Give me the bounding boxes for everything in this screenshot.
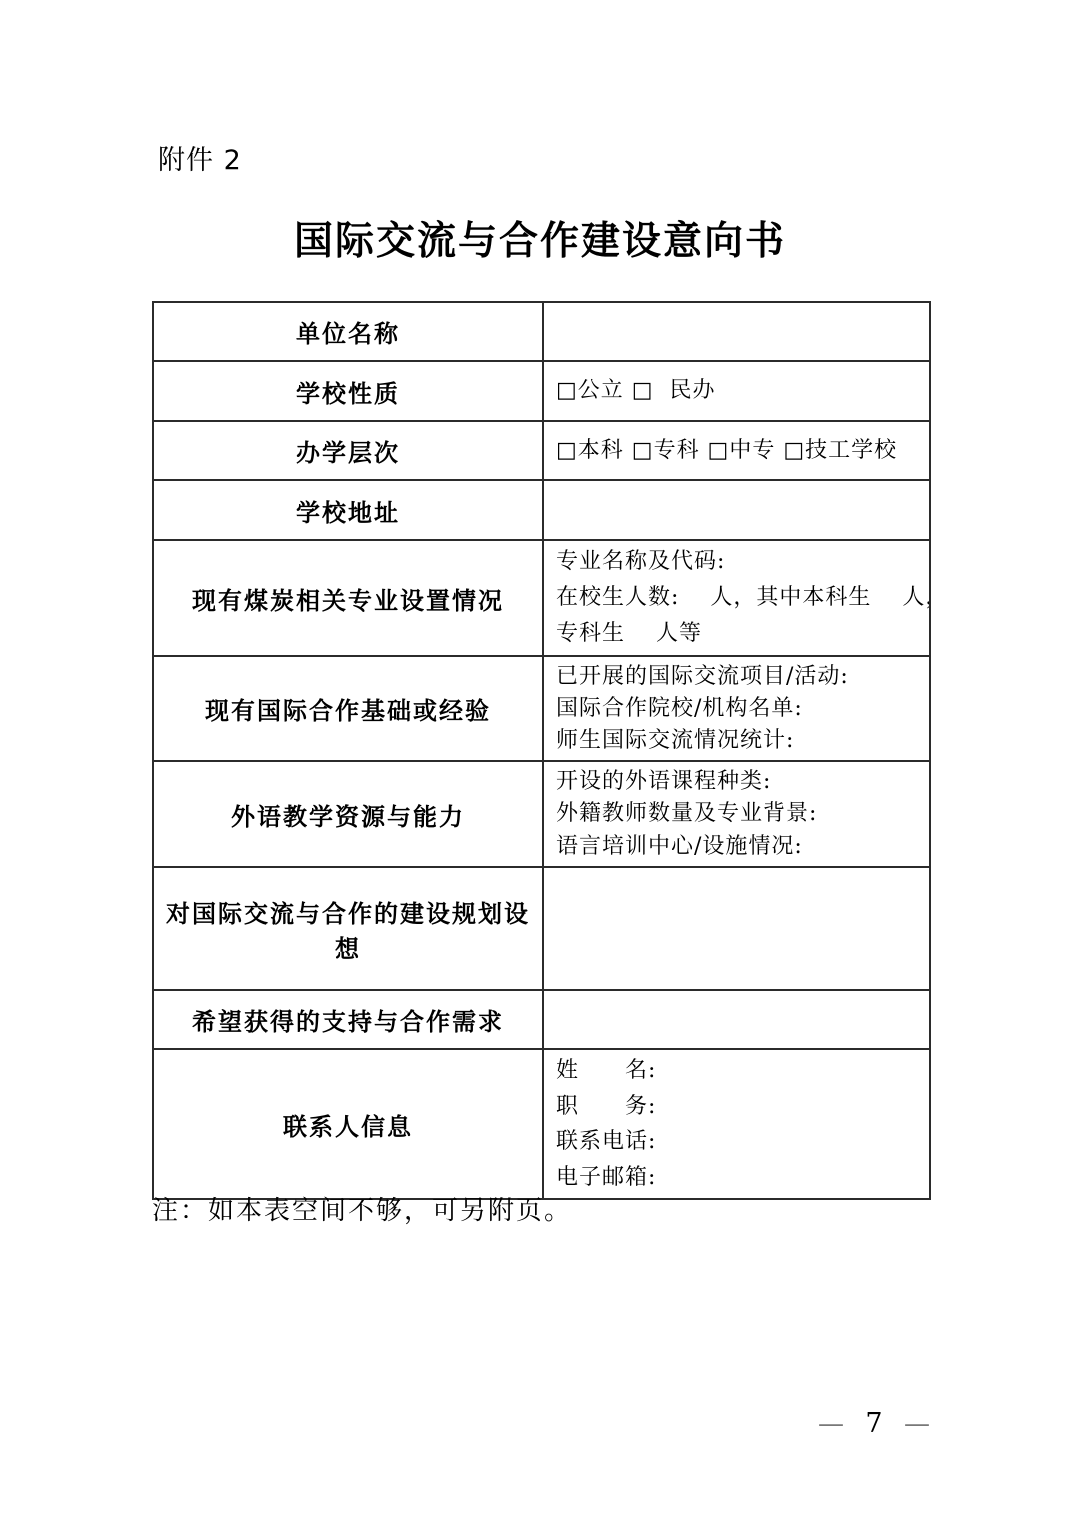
row-content: 开设的外语课程种类:外籍教师数量及专业背景:语言培训中心/设施情况: (543, 761, 930, 867)
attachment-label: 附件 2 (158, 138, 242, 177)
row-label: 学校性质 (153, 361, 543, 421)
footer-dash-left: — (818, 1411, 844, 1437)
row-content (543, 867, 930, 990)
row-label: 现有国际合作基础或经验 (153, 656, 543, 761)
content-line: 外籍教师数量及专业背景: (556, 802, 925, 825)
content-line: □公立 □ 民办 (556, 379, 925, 402)
content-line: 职 务: (556, 1095, 925, 1118)
row-label: 学校地址 (153, 480, 543, 540)
content-line: 开设的外语课程种类: (556, 770, 925, 793)
row-content: □公立 □ 民办 (543, 361, 930, 421)
row-content (543, 302, 930, 361)
table-row: 现有煤炭相关专业设置情况专业名称及代码:在校生人数: 人，其中本科生 人，专科生… (153, 540, 930, 656)
row-label: 联系人信息 (153, 1049, 543, 1199)
page-footer: — 7 — (818, 1410, 930, 1437)
row-label: 外语教学资源与能力 (153, 761, 543, 867)
table-row: 现有国际合作基础或经验已开展的国际交流项目/活动:国际合作院校/机构名单:师生国… (153, 656, 930, 761)
page-title: 国际交流与合作建设意向书 (0, 210, 1080, 266)
table-row: 学校性质□公立 □ 民办 (153, 361, 930, 421)
row-content (543, 480, 930, 540)
content-line: 师生国际交流情况统计: (556, 729, 925, 752)
content-line: 语言培训中心/设施情况: (556, 835, 925, 858)
row-content: 已开展的国际交流项目/活动:国际合作院校/机构名单:师生国际交流情况统计: (543, 656, 930, 761)
row-content (543, 990, 930, 1049)
content-line: 联系电话: (556, 1130, 925, 1153)
row-label: 对国际交流与合作的建设规划设想 (153, 867, 543, 990)
table-row: 办学层次□本科 □专科 □中专 □技工学校 (153, 421, 930, 480)
row-label: 现有煤炭相关专业设置情况 (153, 540, 543, 656)
intent-form-table: 单位名称学校性质□公立 □ 民办办学层次□本科 □专科 □中专 □技工学校学校地… (152, 301, 931, 1200)
content-line: 姓 名: (556, 1059, 925, 1082)
row-content: 姓 名:职 务:联系电话:电子邮箱: (543, 1049, 930, 1199)
footnote: 注：如本表空间不够，可另附页。 (152, 1190, 572, 1227)
row-content: 专业名称及代码:在校生人数: 人，其中本科生 人，专科生 人等 (543, 540, 930, 656)
footer-dash-right: — (904, 1411, 930, 1437)
content-line: 电子邮箱: (556, 1166, 925, 1189)
content-line: 专科生 人等 (556, 622, 925, 645)
page-number: 7 (865, 1410, 882, 1437)
content-line: 已开展的国际交流项目/活动: (556, 665, 925, 688)
table-row: 联系人信息姓 名:职 务:联系电话:电子邮箱: (153, 1049, 930, 1199)
table-row: 学校地址 (153, 480, 930, 540)
row-label: 单位名称 (153, 302, 543, 361)
row-content: □本科 □专科 □中专 □技工学校 (543, 421, 930, 480)
table-row: 外语教学资源与能力开设的外语课程种类:外籍教师数量及专业背景:语言培训中心/设施… (153, 761, 930, 867)
content-line: 专业名称及代码: (556, 550, 925, 573)
row-label: 办学层次 (153, 421, 543, 480)
row-label: 希望获得的支持与合作需求 (153, 990, 543, 1049)
table-row: 希望获得的支持与合作需求 (153, 990, 930, 1049)
table-row: 单位名称 (153, 302, 930, 361)
content-line: 在校生人数: 人，其中本科生 人， (556, 586, 925, 609)
content-line: □本科 □专科 □中专 □技工学校 (556, 439, 925, 462)
table-row: 对国际交流与合作的建设规划设想 (153, 867, 930, 990)
content-line: 国际合作院校/机构名单: (556, 697, 925, 720)
